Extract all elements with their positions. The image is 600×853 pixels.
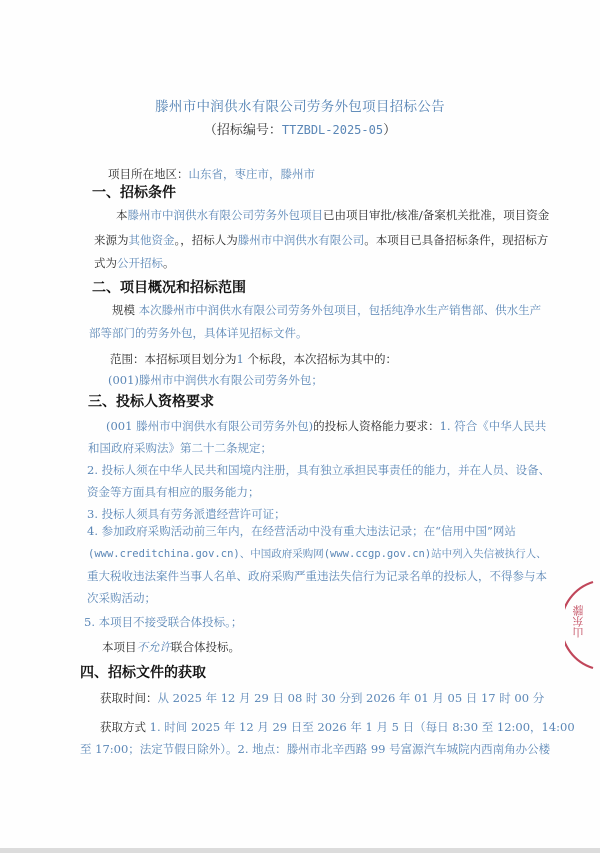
s3-item5: 5. 本项目不接受联合体投标。； <box>84 615 242 629</box>
s3-item4-line2: (www.creditchina.gov.cn)、中国政府采购网(www.ccg… <box>88 547 547 561</box>
text: 式为 <box>94 256 117 270</box>
document-title: 滕州市中润供水有限公司劳务外包项目招标公告 <box>0 95 600 115</box>
method-label: 获取方式 <box>100 720 146 734</box>
region-label: 项目所在地区： <box>108 167 189 181</box>
project-region: 项目所在地区：山东省，枣庄市，滕州市 <box>108 167 315 181</box>
page-bottom-edge <box>0 848 600 853</box>
s3-item4-line3: 重大税收违法案件当事人名单、政府采购严重违法失信行为记录名单的投标人，不得参与本 <box>87 569 547 583</box>
tender-number-suffix: ） <box>383 123 396 138</box>
scale-text: 本次滕州市中润供水有限公司劳务外包项目，包括纯净水生产销售部、供水生产 <box>139 303 542 317</box>
text: 来源为 <box>94 233 129 247</box>
text: 个标段，本次招标为其中的： <box>247 352 397 366</box>
s3-item4-line1: 4. 参加政府采购活动前三年内，在经营活动中没有重大违法记录；在“信用中国”网站 <box>87 524 516 538</box>
s1-paragraph-line3: 式为公开招标。 <box>94 256 175 270</box>
text: 范围：本招标项目划分为 <box>110 352 237 366</box>
tender-method: 公开招标 <box>117 256 163 270</box>
region-value: 山东省，枣庄市，滕州市 <box>189 167 316 181</box>
s3-item4-line4: 次采购活动； <box>87 591 156 605</box>
requirement-1: 1. 符合《中华人民共 <box>440 419 547 433</box>
lot-count: 1 <box>237 352 244 366</box>
text: 。本项目已具备招标条件，现招标方 <box>364 233 548 247</box>
s2-lot: (001)滕州市中润供水有限公司劳务外包； <box>108 373 323 387</box>
s4-obtain-time: 获取时间：从 2025 年 12 月 29 日 08 时 30 分到 2026 … <box>100 691 544 705</box>
section-heading-bidding-conditions: 一、招标条件 <box>92 182 176 202</box>
document-page: 滕州市中润供水有限公司劳务外包项目招标公告 （招标编号：TTZBDL-2025-… <box>0 0 600 848</box>
consortium-flag: 不允许 <box>137 640 172 654</box>
section-heading-project-overview: 二、项目概况和招标范围 <box>92 277 246 297</box>
time-value: 从 2025 年 12 月 29 日 08 时 30 分到 2026 年 01 … <box>158 691 545 705</box>
text: 的投标人资格能力要求： <box>313 419 440 433</box>
section-heading-obtain-documents: 四、招标文件的获取 <box>80 662 206 682</box>
text: 本 <box>116 208 128 222</box>
lot-ref: (001 滕州市中润供水有限公司劳务外包) <box>106 419 313 433</box>
s4-method-line1: 获取方式 1. 时间 2025 年 12 月 29 日至 2026 年 1 月 … <box>100 720 575 734</box>
s2-scale-line2: 部等部门的劳务外包，具体详见招标文件。 <box>89 326 308 340</box>
text: 。，招标人为 <box>175 233 238 247</box>
tender-number: （招标编号：TTZBDL-2025-05） <box>0 119 600 138</box>
text: 。 <box>163 256 175 270</box>
s3-consortium: 本项目不允许联合体投标。 <box>102 640 240 654</box>
scale-label: 规模 <box>112 303 135 317</box>
s4-method-line2: 至 17:00；法定节假日除外）。2. 地点：滕州市北辛西路 99 号富源汽车城… <box>80 742 550 756</box>
s3-item2-line1: 2. 投标人须在中华人民共和国境内注册，具有独立承担民事责任的能力，并在人员、设… <box>87 463 550 477</box>
tender-number-prefix: （招标编号： <box>204 123 282 138</box>
s3-item3: 3. 投标人须具有劳务派遣经营许可证； <box>87 507 286 521</box>
text: 已由项目审批/核准/备案机关批准，项目资金 <box>323 208 549 222</box>
section-heading-bidder-qualifications: 三、投标人资格要求 <box>88 391 214 411</box>
s3-intro-line2: 和国政府采购法》第二十二条规定； <box>88 441 272 455</box>
s1-paragraph-line1: 本滕州市中润供水有限公司劳务外包项目已由项目审批/核准/备案机关批准，项目资金 <box>116 208 549 222</box>
tender-number-code: TTZBDL-2025-05 <box>282 123 383 137</box>
funding-source: 其他资金 <box>129 233 175 247</box>
time-label: 获取时间： <box>100 691 158 705</box>
method-text: 至 17:00；法定节假日除外）。2. 地点： <box>80 742 287 756</box>
text: 联合体投标。 <box>171 640 240 654</box>
project-name: 滕州市中润供水有限公司劳务外包项目 <box>128 208 324 222</box>
tenderer-name: 滕州市中润供水有限公司 <box>238 233 365 247</box>
text: 本项目 <box>102 640 137 654</box>
s1-paragraph-line2: 来源为其他资金。，招标人为滕州市中润供水有限公司。本项目已具备招标条件，现招标方 <box>94 233 548 247</box>
s2-scope: 范围：本招标项目划分为1 个标段，本次招标为其中的： <box>110 352 397 366</box>
address: 滕州市北辛西路 99 号富源汽车城院内西南角办公楼 <box>287 742 550 756</box>
method-text: 1. 时间 2025 年 12 月 29 日至 2026 年 1 月 5 日（每… <box>150 720 575 734</box>
seal-text: 山东滕 <box>572 605 586 638</box>
s2-scale-line1: 规模 本次滕州市中润供水有限公司劳务外包项目，包括纯净水生产销售部、供水生产 <box>112 303 541 317</box>
s3-item2-line2: 资金等方面具有相应的服务能力； <box>87 485 260 499</box>
s3-intro-line1: (001 滕州市中润供水有限公司劳务外包)的投标人资格能力要求：1. 符合《中华… <box>106 419 546 433</box>
